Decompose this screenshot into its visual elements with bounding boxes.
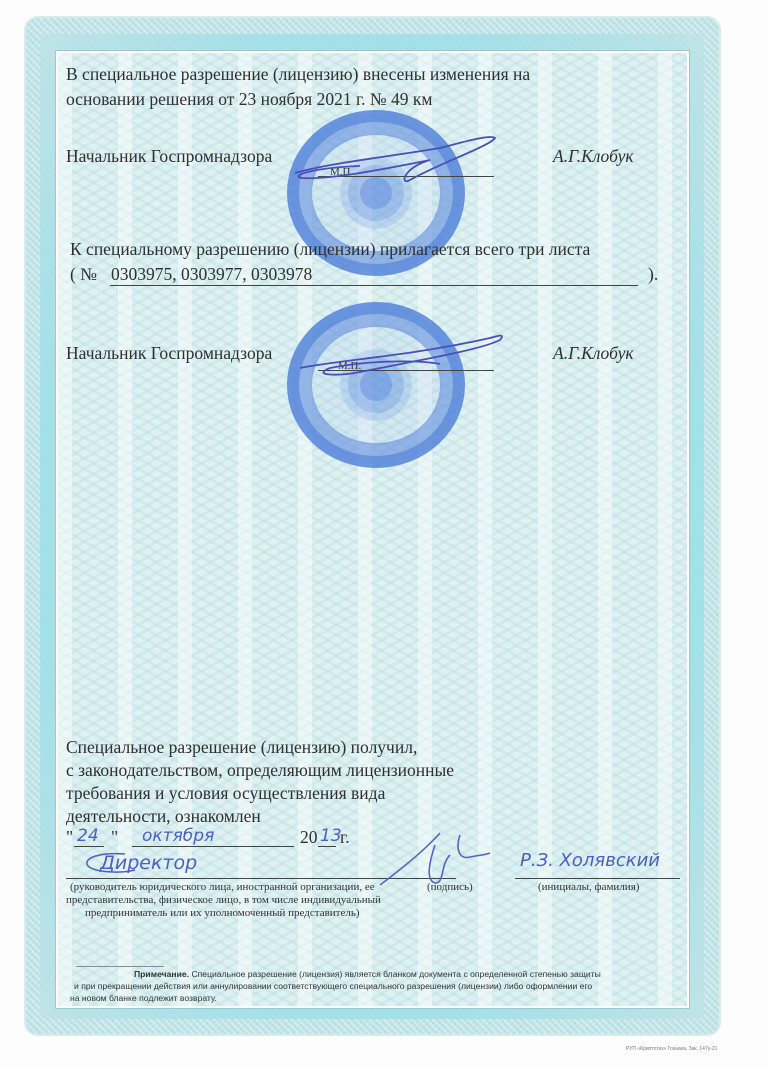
attachments-prefix: ( № bbox=[70, 262, 97, 286]
signatory-title-1: Начальник Госпромнадзора bbox=[66, 144, 272, 168]
note-line-3: на новом бланке подлежит возврату. bbox=[70, 992, 217, 1004]
note-line-1: Примечание. Специальное разрешение (лице… bbox=[134, 968, 601, 980]
signatory-title-2: Начальник Госпромнадзора bbox=[66, 341, 272, 365]
receipt-line-3: требования и условия осуществления вида bbox=[66, 781, 385, 805]
date-month-underline bbox=[132, 846, 294, 847]
recipient-initials-handwritten: Р.З. Холявский bbox=[520, 850, 660, 871]
date-close-quote: " bbox=[111, 825, 118, 849]
attachments-line-1: К специальному разрешению (лицензии) при… bbox=[70, 237, 590, 261]
note-separator bbox=[76, 966, 164, 967]
date-day: 24 bbox=[77, 826, 99, 846]
date-day-underline bbox=[74, 846, 104, 847]
caption-position-1: (руководитель юридического лица, иностра… bbox=[70, 881, 375, 893]
date-month: октября bbox=[142, 826, 214, 846]
note-text-1: Специальное разрешение (лицензия) являет… bbox=[191, 969, 600, 979]
caption-position-2: представительства, физическое лицо, в то… bbox=[66, 894, 381, 906]
attachments-underline bbox=[110, 285, 638, 286]
position-flourish-icon bbox=[80, 848, 140, 878]
initials-underline bbox=[515, 878, 680, 879]
date-year-suffix: 13 bbox=[320, 826, 342, 846]
receipt-line-2: с законодательством, определяющим лиценз… bbox=[66, 758, 454, 782]
amendment-line-1: В специальное разрешение (лицензию) внес… bbox=[66, 62, 530, 86]
note-line-2: и при прекращении действия или аннулиров… bbox=[74, 980, 592, 992]
note-label: Примечание. bbox=[134, 969, 189, 979]
receipt-line-4: деятельности, ознакомлен bbox=[66, 804, 261, 828]
attachment-sheet-numbers: 0303975, 0303977, 0303978 bbox=[111, 262, 312, 286]
caption-signature: (подпись) bbox=[427, 881, 473, 893]
date-open-quote: " bbox=[66, 825, 73, 849]
signature-1-icon bbox=[290, 128, 500, 188]
date-year-underline bbox=[318, 846, 336, 847]
attachments-suffix: ). bbox=[648, 262, 658, 286]
official-stamp-2 bbox=[287, 302, 465, 468]
signature-2-icon bbox=[300, 330, 510, 380]
signatory-name-1: А.Г.Клобук bbox=[553, 144, 634, 168]
caption-position-3: предприниматель или их уполномоченный пр… bbox=[85, 907, 360, 919]
date-year-unit: г. bbox=[340, 825, 350, 849]
date-year-prefix: 20 bbox=[300, 825, 318, 849]
caption-initials: (инициалы, фамилия) bbox=[538, 881, 639, 893]
amendment-line-2: основании решения от 23 ноября 2021 г. №… bbox=[66, 87, 432, 111]
receipt-line-1: Специальное разрешение (лицензию) получи… bbox=[66, 735, 417, 759]
signatory-name-2: А.Г.Клобук bbox=[553, 341, 634, 365]
printer-mark: РУП «Криптотех» Гознака. Зак. 147у-21 bbox=[626, 1046, 717, 1052]
